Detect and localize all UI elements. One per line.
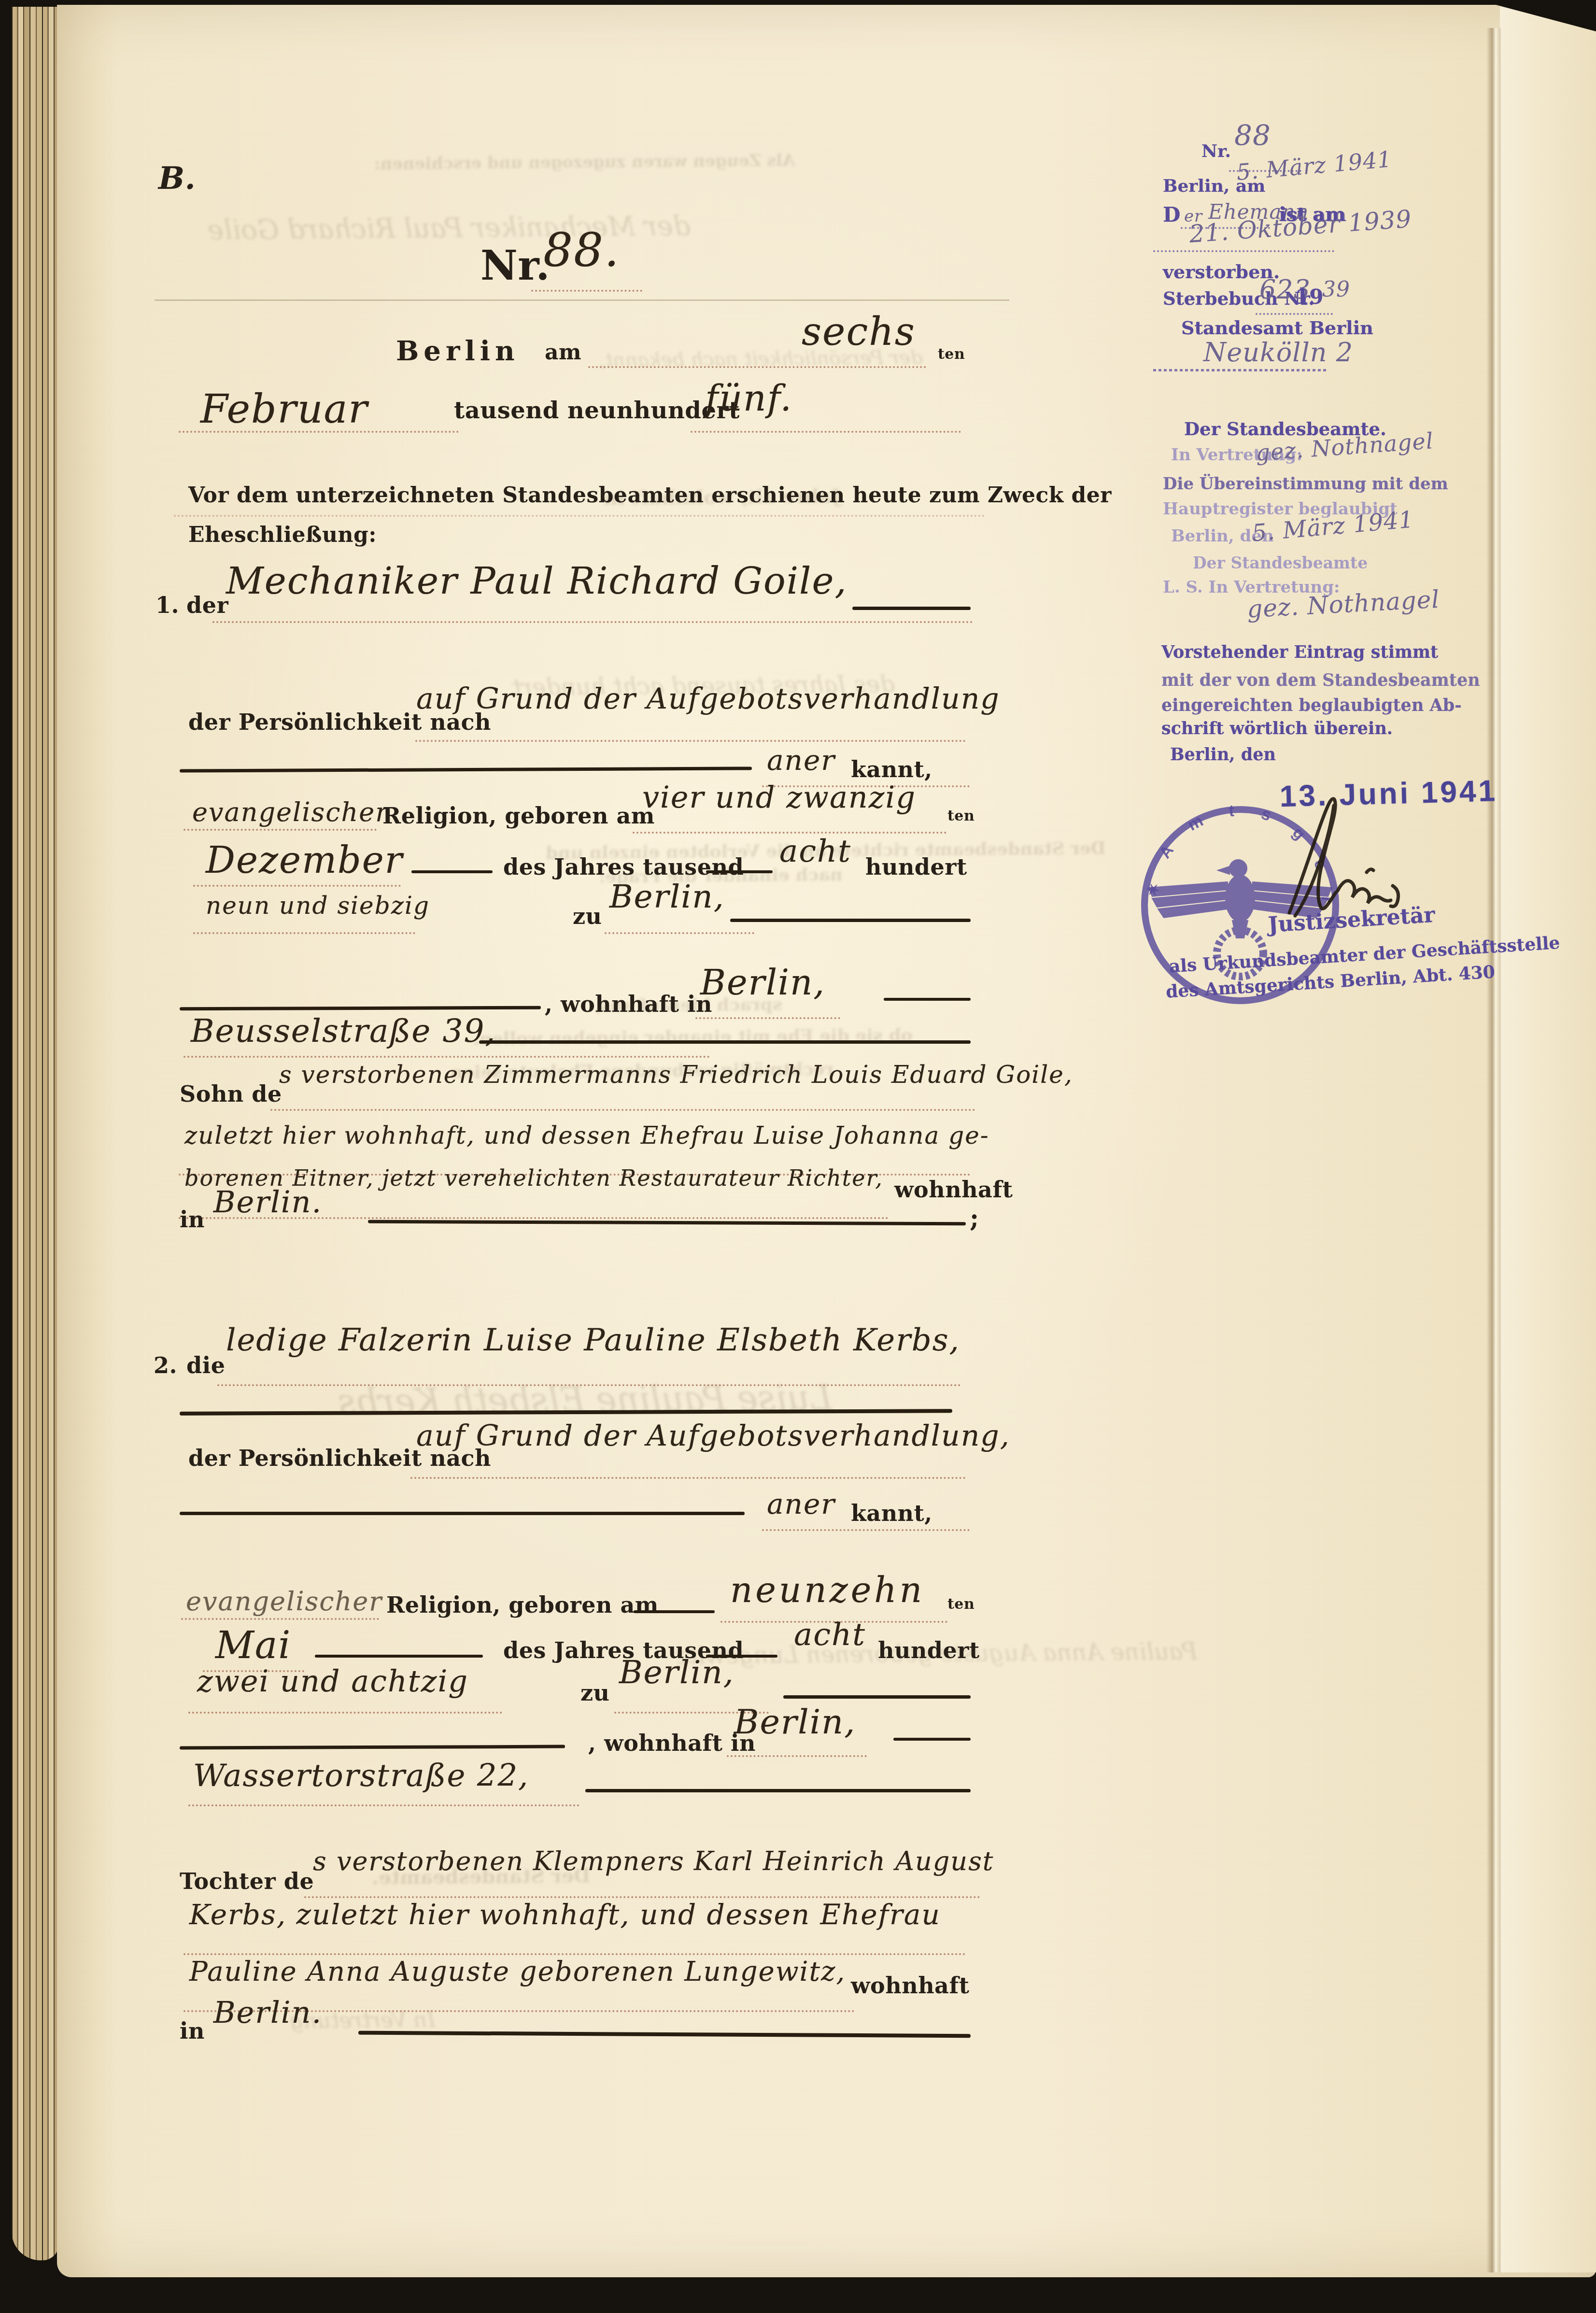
dotted-line [188,1712,502,1714]
dotted-line [691,431,961,433]
groom-index: 1. [155,592,179,618]
dotted-line [531,290,642,292]
bride-birth-place: Berlin, [619,1654,734,1691]
dotted-line [184,1953,966,1955]
groom-parent-line1: s verstorbenen Zimmermanns Friedrich Lou… [279,1061,1073,1089]
groom-identity-value: auf Grund der Aufgebotsverhandlung [416,682,1000,716]
bride-residence2: Berlin. [213,1995,322,2030]
groom-street: Beusselstraße 39, [191,1012,496,1050]
in-label: in [180,2018,205,2044]
strike-line [479,1040,971,1044]
strike-dash [893,1738,971,1741]
intro-line2: Eheschließung: [188,523,377,547]
dotted-line [184,1056,710,1058]
dotted-line [415,740,966,742]
cert-line6: Der Standesbeamte [1193,553,1368,572]
scanned-register-page: Als Zeugen waren zugezogen und erschiene… [0,0,1596,2313]
bride-street: Wassertorstraße 22, [193,1758,529,1794]
dotted-line [179,431,459,433]
bride-identity-value: auf Grund der Aufgebotsverhandlung, [416,1419,1010,1453]
transcript-line3: eingereichten beglaubigten Ab- [1161,695,1462,715]
dotted-line [188,1804,579,1806]
wohnhaft-in-label: , wohnhaft in [588,1730,756,1756]
year-label: des Jahres tausend [503,854,744,880]
dotted-line [212,621,973,623]
bride-birth-year: zwei und achtzig [197,1663,468,1699]
strike-line [730,919,971,922]
strike-line [585,1789,971,1792]
dotted-line [727,1755,867,1757]
wedding-day-value: sechs [802,309,916,354]
dotted-line [605,932,754,934]
strike-line [852,607,971,610]
transcript-line2: mit der von dem Standesbeamten [1161,670,1480,690]
dotted-line [410,1477,966,1479]
wohnhaft-in-label: , wohnhaft in [545,991,712,1017]
purple-dotted-line [1256,313,1333,315]
wedding-month-value: Februar [200,386,368,432]
intro-line: Vor dem unterzeichneten Standesbeamten e… [188,483,1112,508]
bride-article: die [186,1352,225,1378]
bride-index: 2. [154,1352,177,1378]
bride-residence: Berlin, [734,1702,856,1742]
zu-label: zu [573,903,602,929]
page-marker: B. [158,160,196,197]
bride-birth-month: Mai [215,1624,291,1667]
groom-birth-month: Dezember [206,838,403,881]
bride-parent-prefix: Tochter de [180,1868,314,1894]
dotted-line [762,1529,970,1531]
transcript-line5: Berlin, den [1170,745,1276,765]
bride-entry: ledige Falzerin Luise Pauline Elsbeth Ke… [226,1322,960,1358]
bride-century-value: acht [794,1617,866,1653]
zu-label: zu [580,1680,610,1706]
deathnote-standesamt-label: Standesamt Berlin [1181,317,1373,339]
strike-dash [634,1610,715,1613]
bride-parent-line2: Kerbs, zuletzt hier wohnhaft, und dessen… [189,1898,941,1931]
groom-century-value: acht [779,834,851,869]
dotted-line [193,885,401,887]
bride-birth-day: neunzehn [730,1570,925,1610]
ruled-line [155,299,1009,301]
groom-residence: Berlin, [700,962,825,1003]
dotted-line [174,515,985,517]
groom-birth-day: vier und zwanzig [642,780,916,815]
wohnhaft-label: wohnhaft [894,1177,1013,1203]
am-label: am [545,340,581,365]
strike-dash [884,998,971,1001]
transcript-line4: schrift wörtlich überein. [1161,719,1393,738]
book-binding-page-edges [12,7,59,2260]
strike-line [783,1695,971,1699]
bride-aner-value: aner [767,1488,835,1520]
deathnote-yearsuffix-value: 39 [1322,277,1350,302]
dotted-line [184,829,377,831]
transcript-line1: Vorstehender Eintrag stimmt [1161,642,1438,662]
in-label: in [180,1206,205,1233]
strike-dash [706,870,773,873]
groom-parent-prefix: Sohn de [180,1081,282,1107]
city-label: Berlin [396,335,520,367]
ten-suffix: ten [938,346,965,363]
deathnote-nr-label: Nr. [1201,141,1231,161]
strike-dash [315,1655,483,1658]
wedding-year-value: fünf. [705,378,792,419]
groom-aner-value: aner [767,744,835,777]
dotted-line [193,932,415,934]
semicolon: ; [970,1204,979,1233]
kannt-label: kannt, [851,1500,932,1526]
nr-value: 88. [543,223,620,277]
groom-birth-place: Berlin, [609,878,725,915]
thousand-label: tausend neunhundert [454,397,740,424]
nr-label: Nr. [480,241,550,289]
religion-label: Religion, geboren am [382,803,655,829]
groom-article: der [186,592,228,618]
ten-suffix: ten [947,808,975,824]
dotted-line [695,1017,840,1019]
deathnote-nr-value: 88 [1234,119,1271,152]
dotted-line [270,1109,975,1111]
dotted-line [217,1384,961,1386]
dotted-line [588,366,926,368]
ten-suffix: ten [947,1596,975,1613]
bride-religion-value: evangelischer [186,1586,382,1617]
kannt-label: kannt, [851,756,932,782]
groom-residence2: Berlin. [213,1184,322,1220]
groom-entry: Mechaniker Paul Richard Goile, [226,559,847,602]
hundred-label: hundert [878,1637,980,1663]
religion-label: Religion, geboren am [386,1592,659,1618]
hundred-label: hundert [865,854,967,880]
deathnote-district-value: Neukölln 2 [1203,337,1353,368]
strike-dash [411,870,493,873]
wohnhaft-label: wohnhaft [851,1972,969,1999]
cert-line3: Die Übereinstimmung mit dem [1163,474,1448,494]
groom-birth-year: neun und siebzig [206,892,430,920]
deathnote-yearprefix-label: 19 [1295,285,1323,309]
page-crease [1486,28,1501,2272]
strike-line [180,1512,745,1515]
bride-parent-line1: s verstorbenen Klempners Karl Heinrich A… [313,1846,994,1876]
groom-religion-value: evangelischer [192,797,389,827]
groom-parent-line2: zuletzt hier wohnhaft, und dessen Ehefra… [184,1121,989,1149]
purple-dotted-line [1153,250,1334,252]
purple-zigzag-line [1153,369,1327,371]
dotted-line [181,1618,379,1620]
deathnote-d-label: D [1163,203,1180,227]
next-page-edge [1500,4,1596,2272]
bride-parent-line3: Pauline Anna Auguste geborenen Lungewitz… [189,1956,846,1987]
